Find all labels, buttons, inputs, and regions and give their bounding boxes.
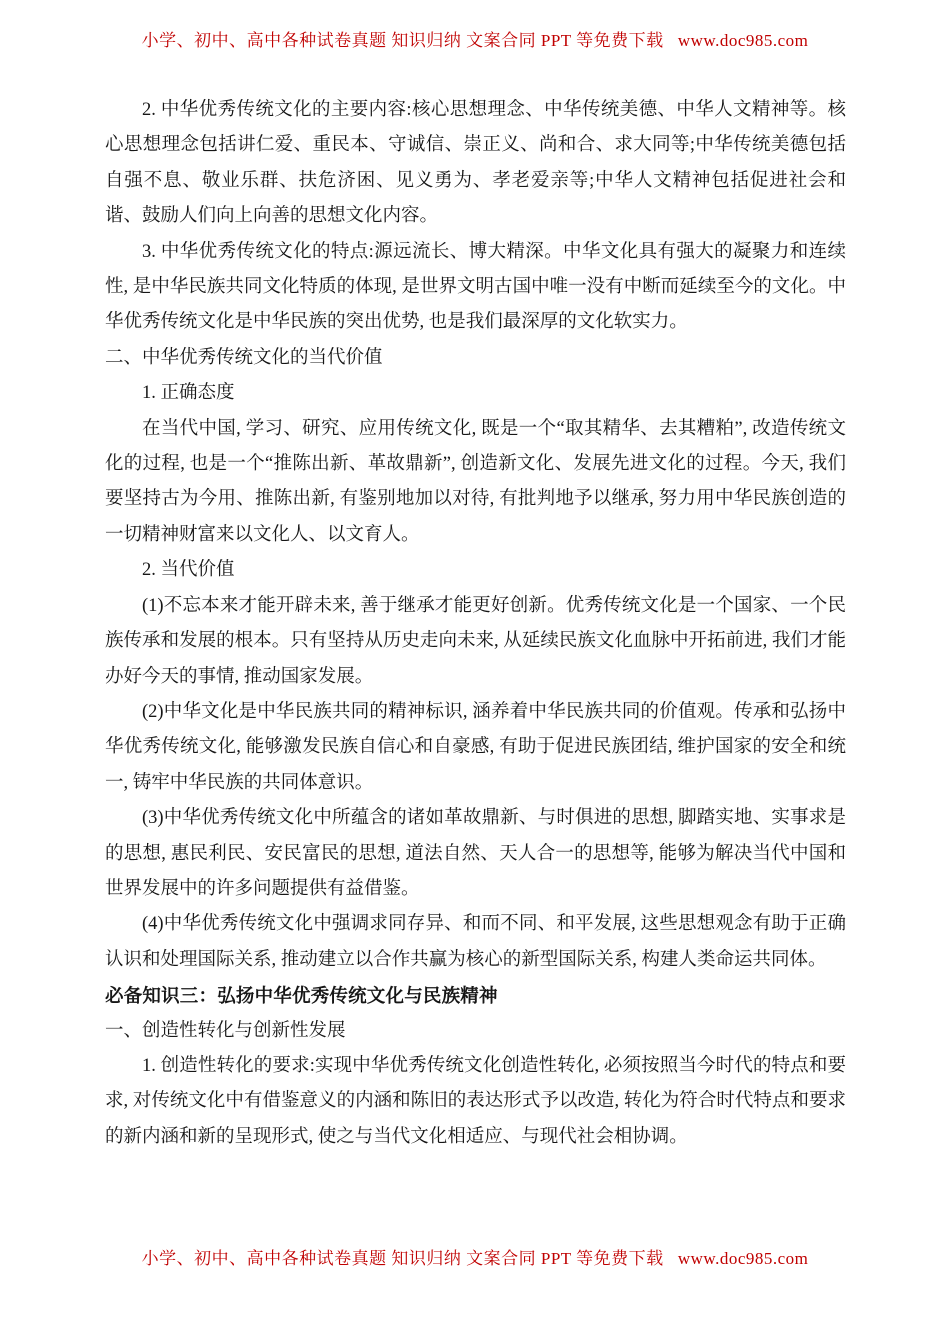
paragraph-value-1: (1)不忘本来才能开辟未来, 善于继承才能更好创新。优秀传统文化是一个国家、一个… [105, 589, 846, 695]
header-watermark: 小学、初中、高中各种试卷真题 知识归纳 文案合同 PPT 等免费下载 www.d… [0, 26, 950, 51]
heading-required-knowledge-3: 必备知识三：弘扬中华优秀传统文化与民族精神 [105, 978, 846, 1013]
subheading-contemporary-value: 2. 当代价值 [105, 553, 846, 588]
paragraph-characteristics: 3. 中华优秀传统文化的特点:源远流长、博大精深。中华文化具有强大的凝聚力和连续… [105, 235, 846, 341]
heading-creative-transformation: 一、创造性转化与创新性发展 [105, 1014, 846, 1049]
heading-contemporary-value: 二、中华优秀传统文化的当代价值 [105, 341, 846, 376]
footer-watermark: 小学、初中、高中各种试卷真题 知识归纳 文案合同 PPT 等免费下载 www.d… [0, 1244, 950, 1269]
paragraph-value-2: (2)中华文化是中华民族共同的精神标识, 涵养着中华民族共同的价值观。传承和弘扬… [105, 695, 846, 801]
paragraph-value-3: (3)中华优秀传统文化中所蕴含的诸如革故鼎新、与时俱进的思想, 脚踏实地、实事求… [105, 801, 846, 907]
document-body: 2. 中华优秀传统文化的主要内容:核心思想理念、中华传统美德、中华人文精神等。核… [105, 93, 846, 1155]
paragraph-creative-transformation: 1. 创造性转化的要求:实现中华优秀传统文化创造性转化, 必须按照当今时代的特点… [105, 1049, 846, 1155]
paragraph-main-content: 2. 中华优秀传统文化的主要内容:核心思想理念、中华传统美德、中华人文精神等。核… [105, 93, 846, 235]
paragraph-correct-attitude: 在当代中国, 学习、研究、应用传统文化, 既是一个“取其精华、去其糟粕”, 改造… [105, 412, 846, 554]
subheading-correct-attitude: 1. 正确态度 [105, 376, 846, 411]
paragraph-value-4: (4)中华优秀传统文化中强调求同存异、和而不同、和平发展, 这些思想观念有助于正… [105, 907, 846, 978]
document-page: 小学、初中、高中各种试卷真题 知识归纳 文案合同 PPT 等免费下载 www.d… [0, 0, 950, 1344]
